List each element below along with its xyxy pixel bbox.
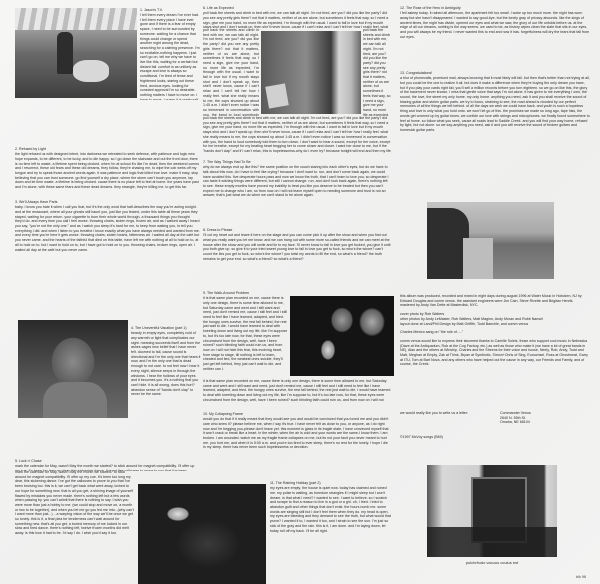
copyright: ©1997 McVoy songs (BMI) xyxy=(400,435,520,440)
photo-ocean-rail xyxy=(427,202,554,279)
song-8-block: 8. Dress to Please I'll cut my heart out… xyxy=(203,228,391,280)
liner-notes-page: 1. Jason's T.V. I tell them every dream … xyxy=(0,0,600,584)
photo-portrait-man xyxy=(18,320,128,418)
song-title: 8. Dress to Please xyxy=(203,228,391,233)
song-title: 4. The Uneventful Vacation (part 1) xyxy=(131,326,201,331)
song-6-heading: 6. Life as Expected pull back the sheets… xyxy=(203,6,389,28)
photo-two-men-doll xyxy=(290,296,394,376)
song-1-lyrics-part1: I tell them every dream I've ever had. I… xyxy=(140,13,200,100)
song-title: 3. We'll Always Have Paris xyxy=(15,200,200,205)
song-6-lyrics-right: pull back the sheets and climb in bed wi… xyxy=(363,28,391,116)
page-code: blk 96 xyxy=(576,575,586,580)
photo-room-interior xyxy=(427,465,557,557)
song-title: 5. Lock n' Chase xyxy=(15,459,200,464)
credits-thanks: comm venus would like to express their s… xyxy=(400,339,590,367)
song-6-lyrics-left: pull back the sheets and climb in bed wi… xyxy=(203,28,259,116)
letter-request: we would really like you to write us a l… xyxy=(400,411,500,416)
mailing-address: Commander Venus 2640 N. 55th St. Omaha, … xyxy=(500,411,580,425)
song-1-lyrics-part2: I tell them every dream I've ever had. I… xyxy=(15,99,200,140)
credits-production: this album was produced, recorded and mi… xyxy=(400,294,590,303)
song-9-lyrics-bottom: it is that same plan recorded on me, cau… xyxy=(203,379,391,403)
credits-guest-vocal: Charles Mexico sang on "the role of.....… xyxy=(400,330,590,335)
song-title: 10. My Collapsing Frame xyxy=(203,412,391,417)
song-title: 1. Jason's T.V. xyxy=(140,8,200,13)
credits-mastering: mastered by Andy Van Dette at Masterdisk… xyxy=(400,303,590,308)
song-title: 7. The Way Things Had To Be xyxy=(203,160,391,165)
credits-layout: layout done at Land/Phil Design by Matt … xyxy=(400,322,590,327)
song-9-block: 9. The Walk-Around Problem it is that sa… xyxy=(203,291,289,377)
song-2-block: 2. Refused by Light the light refused us… xyxy=(15,147,200,197)
song-4-block: 4. The Uneventful Vacation (part 1) beau… xyxy=(131,326,201,416)
song-12-block: 12. The Rose of the Hero in Ambiguity I … xyxy=(400,6,590,64)
song-title: 2. Refused by Light xyxy=(15,147,200,152)
song-10-block: 10. My Collapsing Frame would you do tha… xyxy=(203,412,391,476)
song-title: 13. Congratulations! xyxy=(400,71,590,76)
photo-carousel xyxy=(15,8,137,98)
song-6-lyrics-bottom: pull back the sheets and climb in bed wi… xyxy=(203,116,391,154)
song-title: 12. The Rose of the Hero in Ambiguity xyxy=(400,6,590,11)
song-3-block: 3. We'll Always Have Paris baby. I know … xyxy=(15,200,200,262)
song-title: 6. Life as Expected xyxy=(203,6,389,11)
song-11-block: 11. The Raining Holiday (part 2) my eyes… xyxy=(270,481,392,569)
song-5-lyrics: mark the calendar for May, wasn't May th… xyxy=(15,470,135,580)
song-title: 11. The Raining Holiday (part 2) xyxy=(270,481,392,486)
song-13-block: 13. Congratulations! a blur of phonecall… xyxy=(400,71,590,171)
song-7-block: 7. The Way Things Had To Be why do we al… xyxy=(203,160,391,220)
song-title: 9. The Walk-Around Problem xyxy=(203,291,289,296)
photo-caption: pulchritudo vacuus oculus est xyxy=(427,561,557,566)
credits-block: this album was produced, recorded and mi… xyxy=(400,294,590,367)
photo-couch-group xyxy=(261,31,361,114)
photo-guitarist xyxy=(138,484,266,584)
